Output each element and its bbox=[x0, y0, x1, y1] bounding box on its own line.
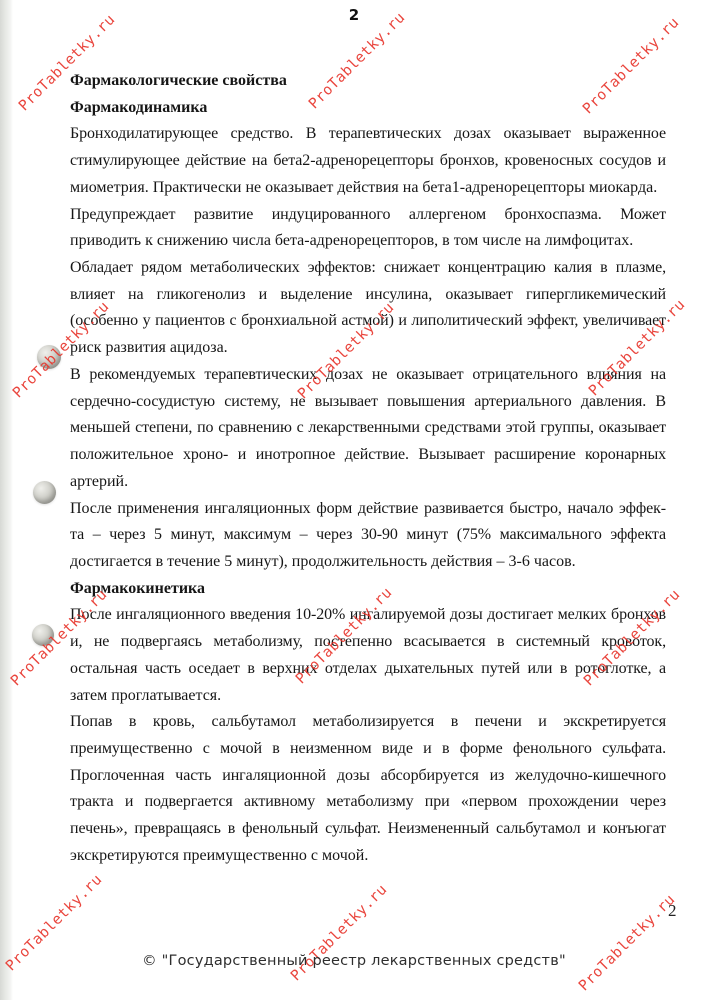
body-line: влияет на гликогенолиз и выделение инсул… bbox=[70, 282, 666, 309]
body-line: та – через 5 минут, максимум – через 30-… bbox=[70, 522, 666, 549]
body-line: приводить к снижению числа бета-адреноре… bbox=[70, 228, 666, 255]
body-line: затем проглатывается. bbox=[70, 683, 666, 710]
body-line: В рекомендуемых терапевтических дозах не… bbox=[70, 362, 666, 389]
body-line: артерий. bbox=[70, 469, 666, 496]
watermark: ProTabletky.ru bbox=[575, 891, 679, 995]
page-number-bottom: 2 bbox=[668, 901, 677, 921]
body-line: положительное хроно- и инотропное действ… bbox=[70, 442, 666, 469]
body-line: миометрия. Практически не оказывает дейс… bbox=[70, 175, 666, 202]
heading-pharmacological-properties: Фармакологические свойства bbox=[70, 68, 666, 95]
body-line: Предупреждает развитие индуцированного а… bbox=[70, 202, 666, 229]
body-line: меньшей степени, по сравнению с лекарств… bbox=[70, 415, 666, 442]
footer-copyright: © "Государственный реестр лекарственных … bbox=[0, 953, 708, 969]
body-line: Бронходилатирующее средство. В терапевти… bbox=[70, 121, 666, 148]
scan-edge-shadow bbox=[0, 0, 13, 1000]
document-text-block: Фармакологические свойства Фармакодинами… bbox=[70, 68, 666, 870]
body-line: тракта и подвергается активному метаболи… bbox=[70, 789, 666, 816]
body-line: После применения ингаляционных форм дейс… bbox=[70, 496, 666, 523]
body-line: и, не подвергаясь метаболизму, постепенн… bbox=[70, 629, 666, 656]
hole-punch-spot bbox=[33, 481, 56, 504]
body-line: стимулирующее действие на бета2-адреноре… bbox=[70, 148, 666, 175]
body-line: Попав в кровь, сальбутамол метаболизируе… bbox=[70, 709, 666, 736]
heading-pharmacodynamics: Фармакодинамика bbox=[70, 95, 666, 122]
body-line: экскретируются преимущественно с мочой. bbox=[70, 843, 666, 870]
body-line: сердечно-сосудистую систему, не вызывает… bbox=[70, 389, 666, 416]
body-line: печень», превращаясь в фенольный сульфат… bbox=[70, 816, 666, 843]
body-line: Проглоченная часть ингаляционной дозы аб… bbox=[70, 763, 666, 790]
body-line: Обладает рядом метаболических эффектов: … bbox=[70, 255, 666, 282]
body-line: достигается в течение 5 минут), продолжи… bbox=[70, 549, 666, 576]
watermark: ProTabletky.ru bbox=[287, 881, 391, 985]
body-line: остальная часть оседает в верхних отдела… bbox=[70, 656, 666, 683]
body-line: преимущественно с мочой в неизменном вид… bbox=[70, 736, 666, 763]
